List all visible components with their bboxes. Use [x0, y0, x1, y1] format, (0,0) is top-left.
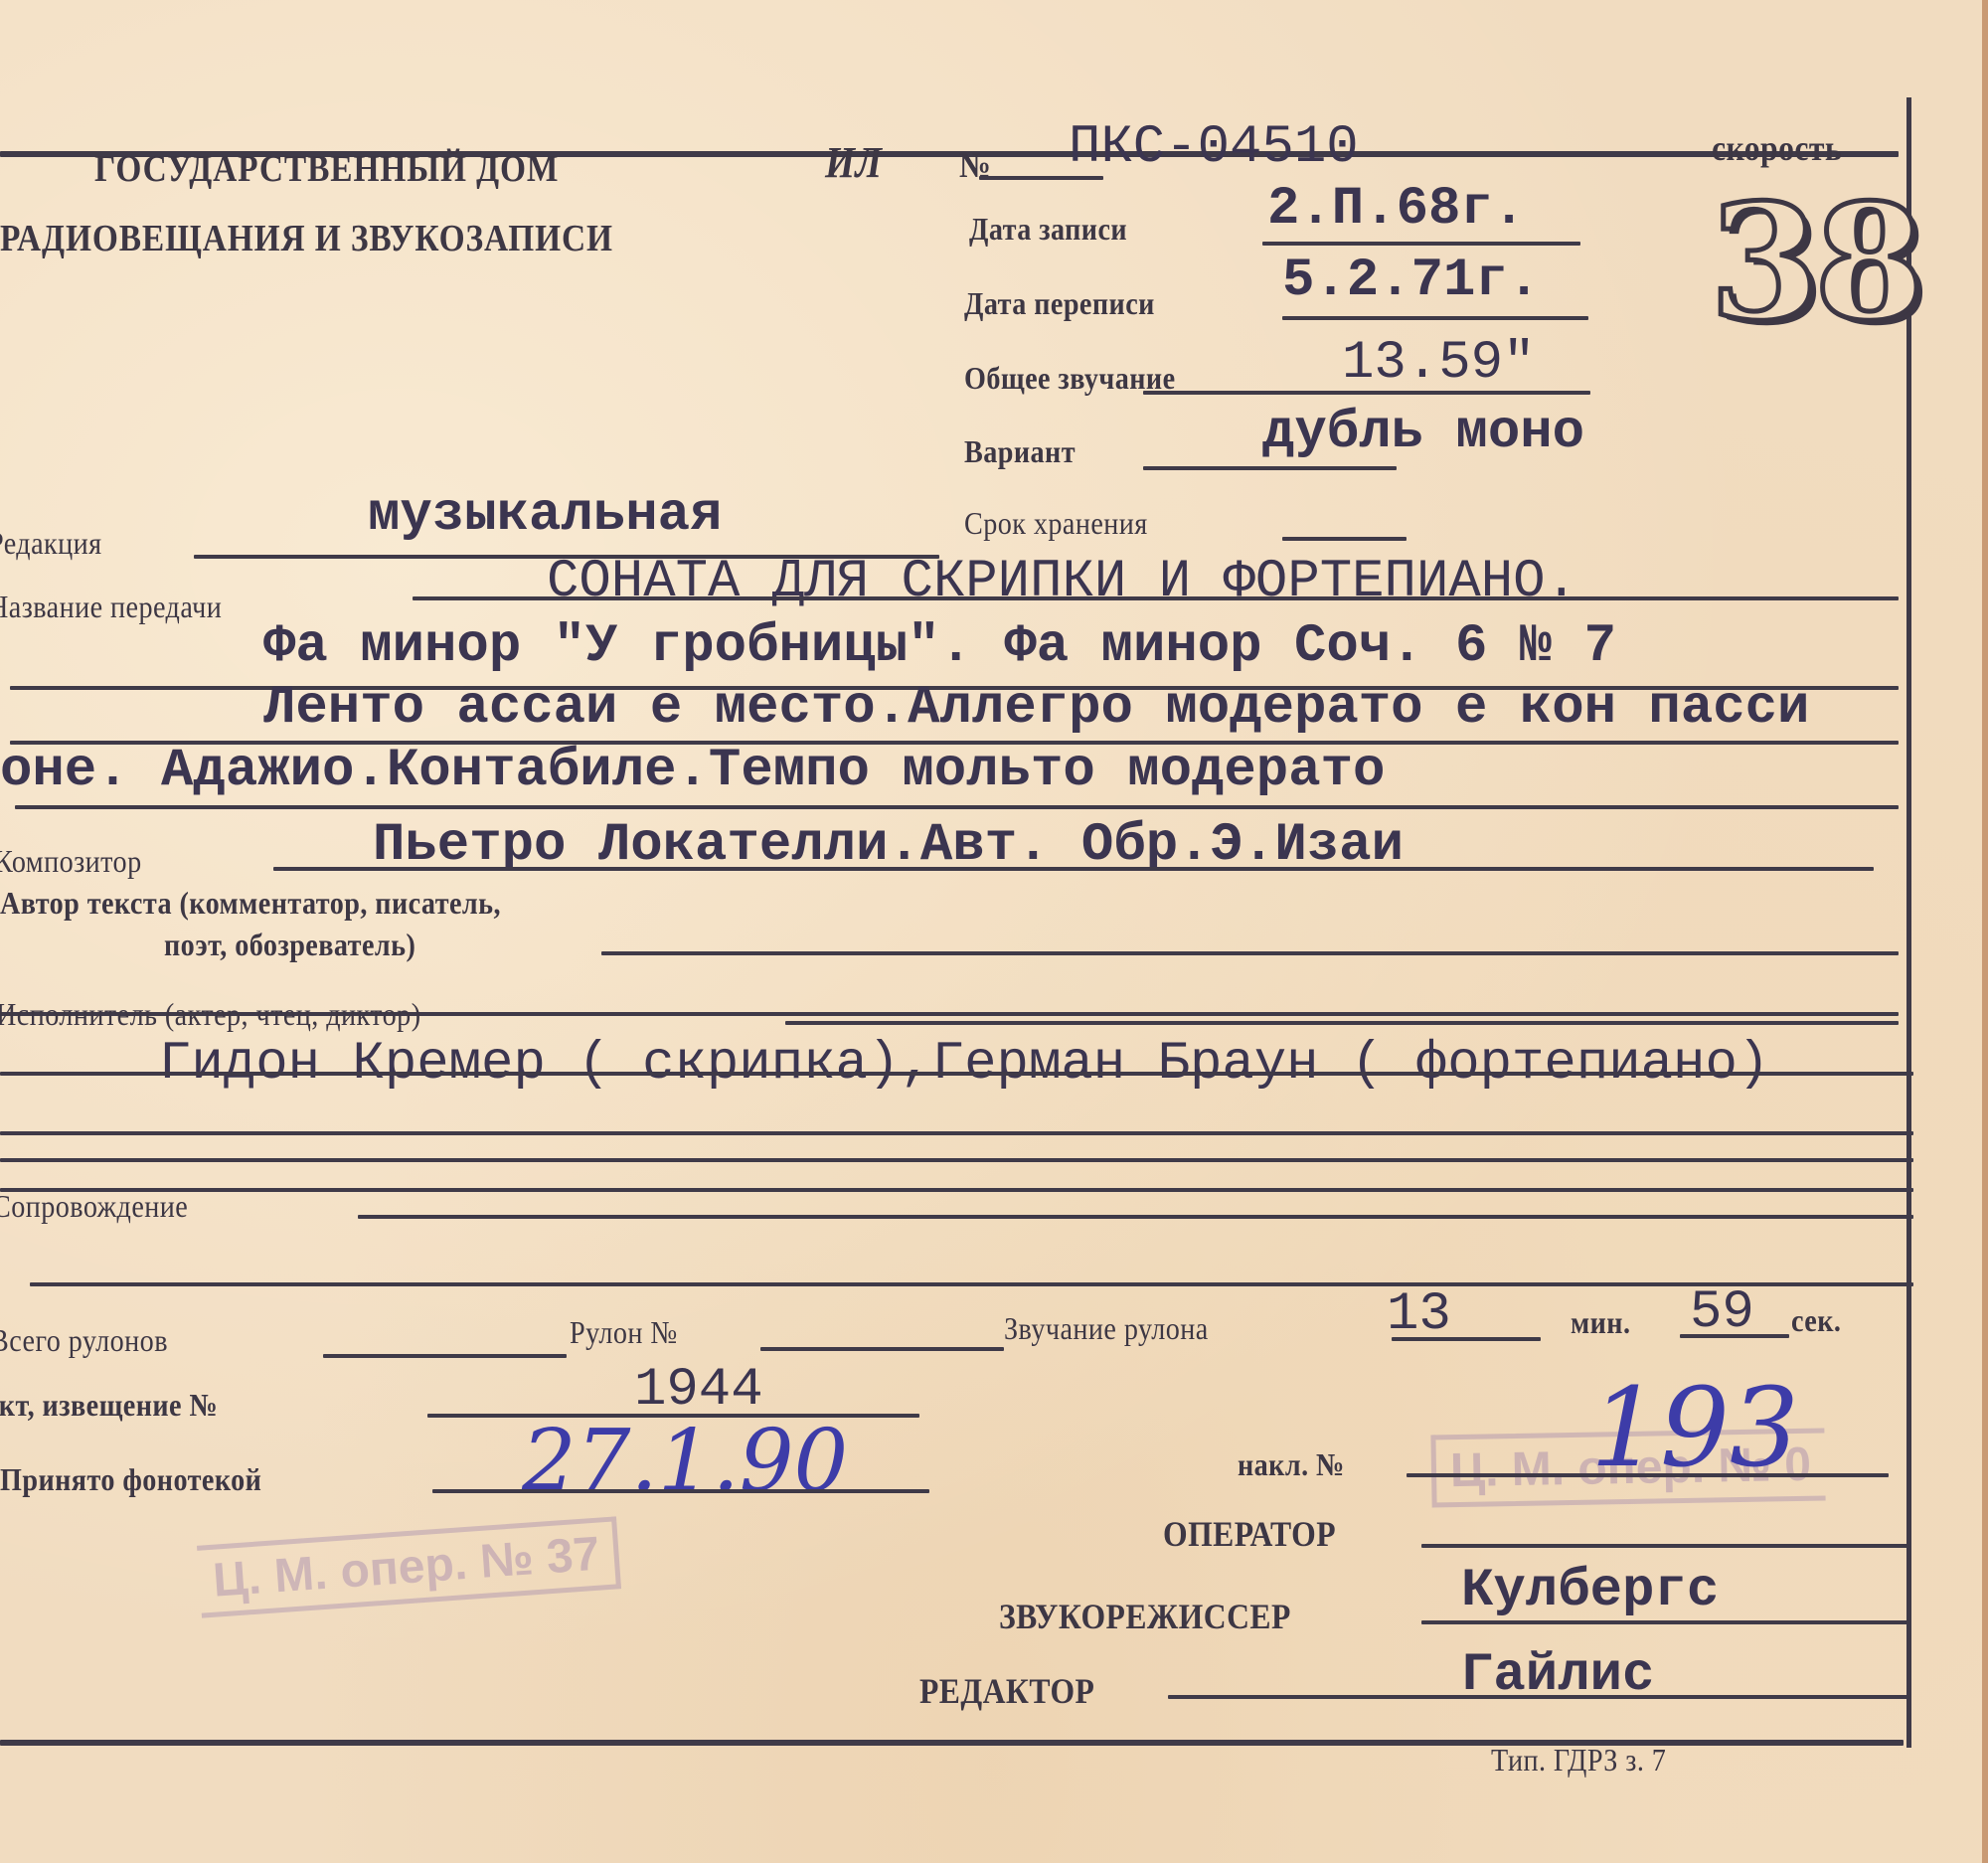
record-date-line	[1262, 242, 1580, 246]
paper-edge	[1982, 0, 1988, 1863]
performer-value: Гидон Кремер ( скрипка),Герман Браун ( ф…	[159, 1034, 1769, 1095]
sound-director-label: ЗВУКОРЕЖИССЕР	[999, 1596, 1291, 1637]
variant-value: дубль моно	[1262, 403, 1584, 463]
program-title-rule-1	[413, 596, 1899, 600]
total-rolls-line	[323, 1354, 567, 1358]
org-line-2: РАДИОВЕЩАНИЯ И ЗВУКОЗАПИСИ	[0, 217, 613, 260]
program-title-line-4: оне. Адажио.Контабиле.Темпо мольто модер…	[0, 741, 1385, 801]
performer-rule-5	[0, 1188, 1913, 1192]
act-notice-label: Акт, извещение №	[0, 1387, 218, 1424]
variant-label: Вариант	[964, 433, 1076, 470]
operator-line	[1421, 1544, 1908, 1548]
performer-rule-3	[0, 1131, 1913, 1135]
sound-director-line	[1421, 1620, 1908, 1624]
editorial-value: музыкальная	[368, 485, 722, 546]
variant-line	[1143, 466, 1397, 470]
total-duration-line	[1143, 391, 1590, 395]
performer-rule-2	[0, 1072, 1913, 1076]
performer-line	[785, 1021, 1899, 1025]
record-date-value: 2.П.68г.	[1267, 179, 1525, 240]
program-title-line-1: СОНАТА ДЛЯ СКРИПКИ И ФОРТЕПИАНО.	[547, 552, 1577, 612]
rewrite-date-label: Дата переписи	[964, 285, 1155, 322]
roll-seconds-line	[1680, 1334, 1789, 1338]
roll-duration-minutes: 13	[1387, 1284, 1451, 1345]
program-title-line-2: Фа минор "У гробницы". Фа минор Соч. 6 №…	[263, 616, 1616, 677]
storage-term-label: Срок хранения	[964, 505, 1148, 542]
editor-line	[1168, 1695, 1908, 1699]
editor-label: РЕДАКТОР	[919, 1670, 1094, 1712]
org-line-1: ГОСУДАРСТВЕННЫЙ ДОМ	[94, 147, 559, 191]
roll-min-label: мин.	[1571, 1304, 1630, 1341]
storage-term-line	[1282, 537, 1407, 541]
accompaniment-label: Сопровождение	[0, 1188, 188, 1225]
roll-duration-label: Звучание рулона	[1004, 1310, 1209, 1347]
stamp-left: Ц. М. опер. № 37	[197, 1516, 621, 1617]
accepted-label: Принято фонотекой	[0, 1461, 261, 1498]
rewrite-date-line	[1282, 316, 1588, 320]
accompaniment-rule-2	[30, 1282, 1913, 1286]
speed-value: 38	[1710, 169, 1919, 356]
rewrite-date-value: 5.2.71г.	[1282, 251, 1540, 311]
record-date-label: Дата записи	[969, 211, 1127, 248]
program-title-label: Название передачи	[0, 589, 222, 625]
composer-label: Композитор	[0, 843, 142, 880]
accepted-value: 27.1.90	[522, 1412, 848, 1511]
program-title-line-3: Ленто ассаи е место.Аллегро модерато е к…	[263, 678, 1809, 739]
invoice-value: 193	[1590, 1364, 1799, 1491]
sound-director-value: Кулбергс	[1461, 1561, 1719, 1621]
code-label: ИЛ	[825, 137, 883, 188]
text-author-line	[601, 951, 1899, 955]
invoice-line	[1407, 1473, 1889, 1477]
accompaniment-line	[358, 1215, 1913, 1219]
operator-label: ОПЕРАТОР	[1163, 1513, 1336, 1555]
accepted-line	[432, 1489, 929, 1493]
roll-number-line	[760, 1347, 1004, 1351]
total-rolls-label: Всего рулонов	[0, 1322, 168, 1359]
roll-minutes-line	[1392, 1337, 1541, 1341]
print-info: Тип. ГДРЗ з. 7	[1491, 1742, 1666, 1778]
performer-label: Исполнитель (актер, чтец, диктор)	[0, 996, 421, 1033]
program-title-rule-4	[15, 805, 1899, 809]
composer-line	[273, 867, 1874, 871]
editorial-label: Редакция	[0, 525, 102, 562]
speed-label: скорость	[1712, 127, 1842, 169]
invoice-label: накл. №	[1238, 1446, 1345, 1483]
text-author-label-1: Автор текста (комментатор, писатель,	[0, 885, 501, 922]
roll-number-label: Рулон №	[570, 1314, 678, 1351]
total-duration-value: 13.59"	[1342, 333, 1535, 394]
number-line	[979, 176, 1103, 180]
roll-sec-label: сек.	[1791, 1302, 1841, 1339]
number-value: ПКС-04510	[1069, 117, 1359, 178]
text-author-label-2: поэт, обозреватель)	[164, 927, 415, 963]
performer-rule-4	[0, 1158, 1913, 1162]
